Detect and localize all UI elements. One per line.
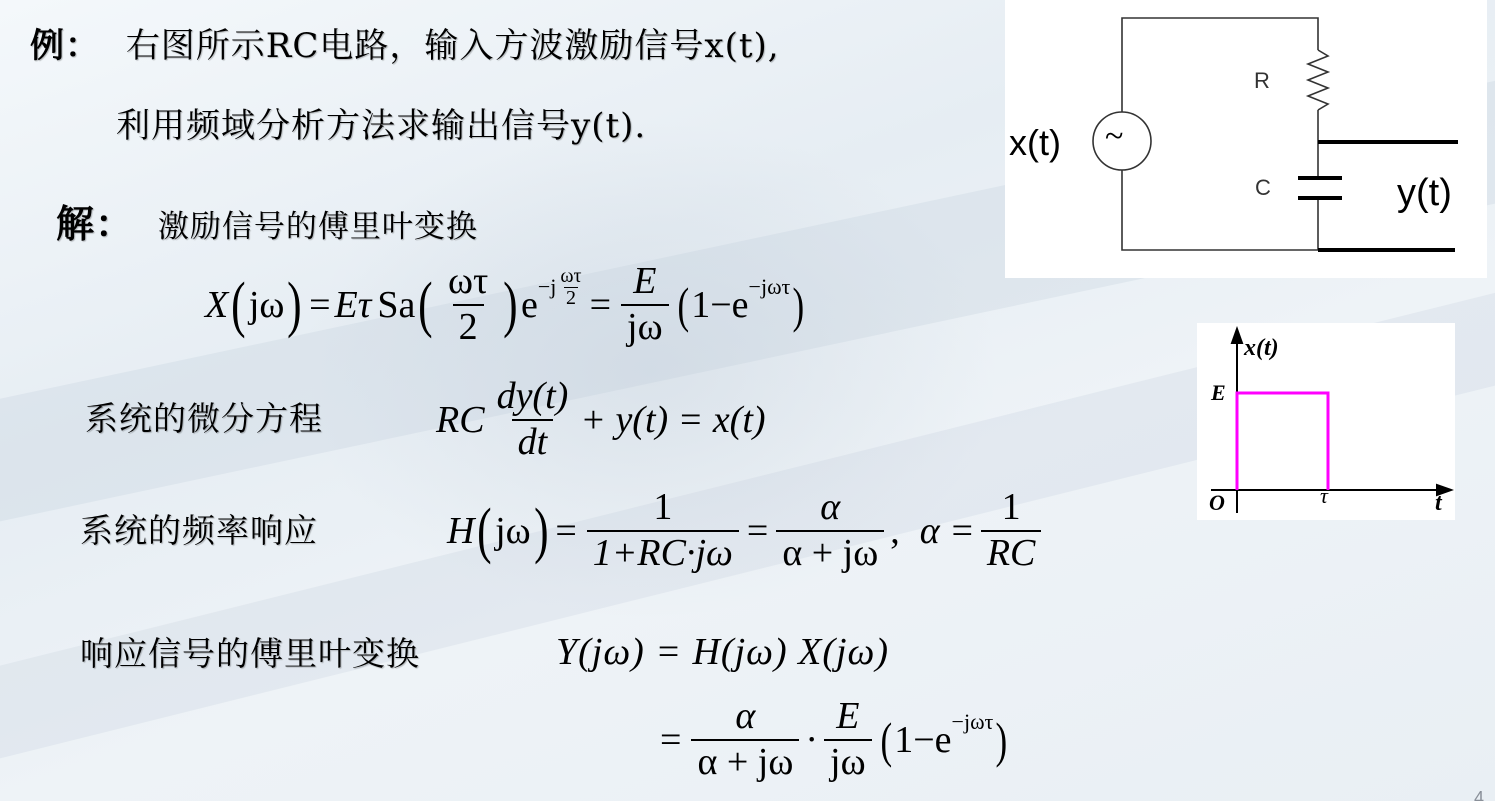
equals-sign: =: [309, 283, 330, 327]
right-paren: ): [503, 274, 517, 336]
denominator: α + jω: [776, 530, 884, 574]
right-paren: ): [996, 715, 1008, 765]
symbol-H: H: [447, 509, 474, 553]
right-paren: ): [534, 500, 548, 562]
fraction-1-over-RC: 1 RC: [981, 488, 1042, 574]
left-paren: (: [677, 280, 689, 330]
equals-sign: =: [747, 509, 768, 553]
exponent: −jωτ: [952, 709, 994, 735]
example-line-1: 例： 右图所示RC电路，输入方波激励信号x(t),: [30, 18, 780, 67]
denominator: jω: [621, 304, 669, 348]
fraction-alpha-over-alpha-plus-jw: α α + jω: [776, 488, 884, 574]
exponent-prefix: −j: [538, 274, 557, 300]
symbol-E-tau: Eτ: [335, 283, 372, 327]
equation-H-jw: H (jω) = 1 1+RC·jω = α α + jω , α = 1 RC: [447, 478, 1047, 583]
solution-label: 解：: [56, 202, 134, 246]
denominator: 1+RC·jω: [587, 530, 739, 574]
page-number: 4: [1474, 788, 1484, 801]
numerator: 1: [996, 488, 1027, 530]
left-paren: (: [231, 274, 245, 336]
x-axis-label: t: [1435, 490, 1442, 517]
denominator: 2: [564, 287, 578, 309]
input-label: x(t): [1009, 122, 1061, 164]
right-paren: ): [793, 280, 805, 330]
numerator: ωτ: [442, 262, 494, 304]
denominator: α + jω: [691, 739, 799, 783]
rc-circuit-diagram: ~ x(t) R C y(t): [1005, 0, 1487, 278]
equation-Y-jw-line1: Y(jω) = H(jω) X(jω): [556, 622, 889, 682]
symbol-RC: RC: [436, 398, 485, 442]
alpha-definition: α =: [920, 509, 975, 553]
denominator: jω: [824, 739, 872, 783]
equals-sign: =: [590, 283, 611, 327]
exponent: −j ωτ 2: [538, 266, 586, 309]
equation-Y-product: Y(jω) = H(jω) X(jω): [556, 630, 889, 674]
denominator: 2: [453, 304, 484, 348]
example-line-2: 利用频域分析方法求输出信号y(t).: [116, 98, 646, 147]
pulse-line: [1237, 393, 1328, 490]
numerator: α: [729, 697, 761, 739]
exponent: −jωτ: [749, 274, 791, 300]
left-paren: (: [478, 500, 492, 562]
y-axis-arrow-icon: [1232, 329, 1242, 343]
numerator: E: [627, 262, 662, 304]
symbol-Sa: Sa: [377, 283, 415, 327]
step2-text: 系统的微分方程: [85, 393, 323, 440]
numerator: α: [814, 488, 846, 530]
resistor-icon: [1308, 50, 1328, 110]
example-label: 例：: [30, 26, 100, 66]
denominator: RC: [981, 530, 1042, 574]
origin-label: O: [1209, 490, 1225, 516]
equals-sign: =: [555, 509, 576, 553]
numerator: 1: [647, 488, 678, 530]
equals-sign: =: [660, 718, 681, 762]
fraction-omega-tau-over-2: ωτ 2: [442, 262, 494, 348]
comma: ,: [890, 509, 900, 553]
fraction-alpha-over-alpha-plus-jw: α α + jω: [691, 697, 799, 783]
numerator: ωτ: [558, 266, 583, 287]
fraction-dy-dt: dy(t) dt: [491, 377, 575, 463]
equation-Y-jw-line2: = α α + jω · E jω (1−e−jωτ): [660, 690, 1010, 790]
step1-text: 激励信号的傅里叶变换: [158, 209, 478, 245]
equation-rest: + y(t) = x(t): [580, 398, 765, 442]
denominator: dt: [512, 419, 554, 463]
resistor-label: R: [1254, 68, 1270, 94]
numerator: dy(t): [491, 377, 575, 419]
step4-text: 响应信号的傅里叶变换: [80, 628, 420, 675]
exponent-fraction: ωτ 2: [558, 266, 583, 309]
example-text-1: 右图所示RC电路，输入方波激励信号x(t),: [126, 26, 780, 66]
solution-line: 解： 激励信号的傅里叶变换: [56, 193, 478, 248]
pulse-plot: x(t) E O τ t: [1197, 323, 1455, 520]
left-paren: (: [418, 274, 432, 336]
output-label: y(t): [1397, 172, 1452, 215]
circuit-schematic: [1005, 0, 1487, 278]
left-paren: (: [880, 715, 892, 765]
symbol-e: e: [521, 283, 538, 327]
level-label-E: E: [1211, 380, 1226, 406]
step3-text: 系统的频率响应: [80, 505, 318, 552]
one-minus-e: 1−e: [894, 718, 951, 762]
capacitor-label: C: [1255, 175, 1271, 201]
symbol-X: X: [205, 283, 228, 327]
ac-source-symbol: ~: [1105, 118, 1123, 156]
tau-label: τ: [1320, 483, 1328, 509]
numerator: E: [830, 697, 865, 739]
dot-operator: ·: [805, 718, 818, 762]
one-minus-e: 1−e: [691, 283, 748, 327]
equation-X-jw: X (jω) = Eτ Sa ( ωτ 2 ) e −j ωτ 2 = E jω…: [205, 255, 807, 355]
equation-differential: RC dy(t) dt + y(t) = x(t): [436, 375, 766, 465]
fraction-1-over-1-plus-RCjw: 1 1+RC·jω: [587, 488, 739, 574]
right-paren: ): [288, 274, 302, 336]
arg-jw: jω: [495, 509, 531, 553]
fraction-E-over-jw: E jω: [824, 697, 872, 783]
arg-jw: jω: [249, 283, 285, 327]
fraction-E-over-jw: E jω: [621, 262, 669, 348]
y-axis-label: x(t): [1244, 335, 1279, 362]
